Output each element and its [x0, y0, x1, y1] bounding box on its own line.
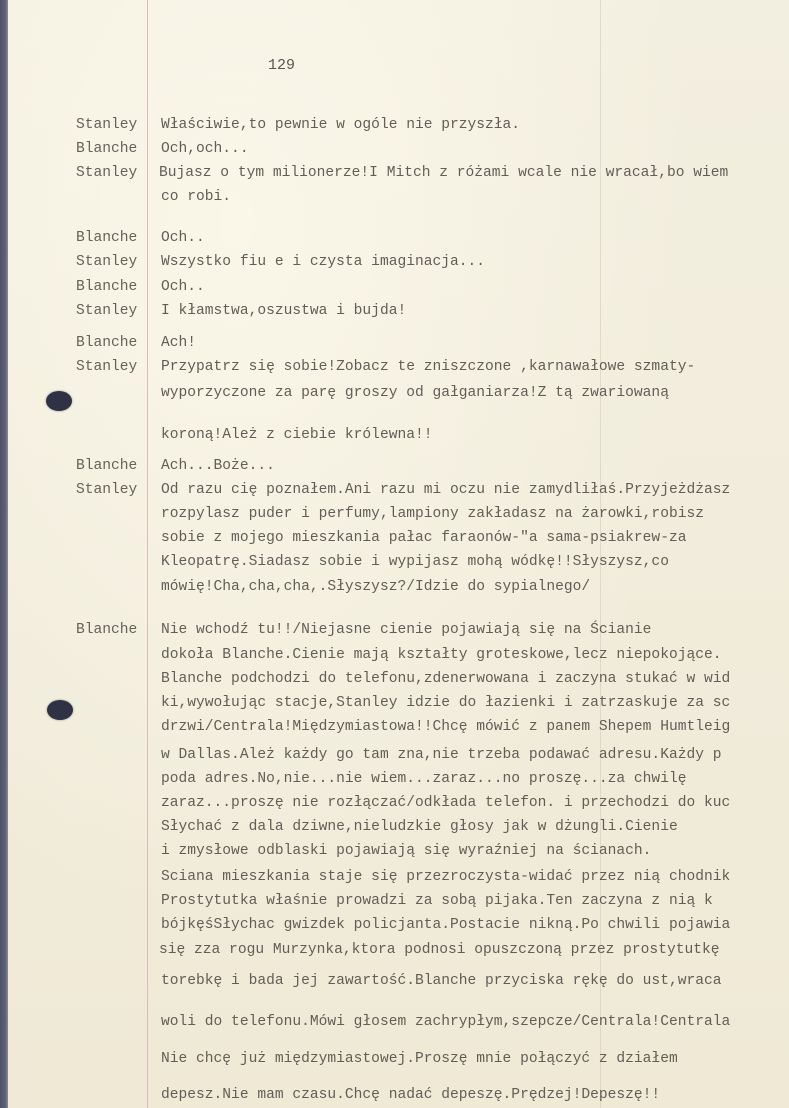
- line-text: Nie wchodź tu!!/Niejasne cienie pojawiaj…: [161, 619, 651, 641]
- dialogue-line: StanleyWszystko fiu e i czysta imaginacj…: [0, 251, 789, 273]
- line-text: Ach!: [161, 332, 196, 354]
- dialogue-line: BlancheAch...Boże...: [0, 455, 789, 477]
- dialogue-line: StanleyBujasz o tym milionerze!I Mitch z…: [0, 162, 789, 184]
- speaker-name: Blanche: [76, 332, 137, 354]
- dialogue-line: bójkęśSłychac gwizdek policjanta.Postaci…: [0, 914, 789, 936]
- dialogue-line: Słychać z dala dziwne,nieludzkie głosy j…: [0, 816, 789, 838]
- line-text: woli do telefonu.Mówi głosem zachrypłym,…: [161, 1011, 730, 1033]
- page-number: 129: [268, 57, 295, 74]
- dialogue-line: torebkę i bada jej zawartość.Blanche prz…: [0, 970, 789, 992]
- line-text: Słychać z dala dziwne,nieludzkie głosy j…: [161, 816, 678, 838]
- line-text: rozpylasz puder i perfumy,lampiony zakła…: [161, 503, 704, 525]
- line-text: drzwi/Centrala!Międzymiastowa!!Chcę mówi…: [161, 716, 730, 738]
- speaker-name: Stanley: [76, 114, 137, 136]
- dialogue-line: woli do telefonu.Mówi głosem zachrypłym,…: [0, 1011, 789, 1033]
- line-text: bójkęśSłychac gwizdek policjanta.Postaci…: [161, 914, 730, 936]
- line-text: Och..: [161, 276, 205, 298]
- speaker-name: Blanche: [76, 227, 137, 249]
- speaker-name: Blanche: [76, 276, 137, 298]
- dialogue-line: StanleyWłaściwie,to pewnie w ogóle nie p…: [0, 114, 789, 136]
- dialogue-line: BlancheOch,och...: [0, 138, 789, 160]
- dialogue-line: i zmysłowe odblaski pojawiają się wyraźn…: [0, 840, 789, 862]
- dialogue-line: dokoła Blanche.Cienie mają kształty grot…: [0, 644, 789, 666]
- line-text: Kleopatrę.Siadasz sobie i wypijasz mohą …: [161, 551, 669, 573]
- dialogue-line: poda adres.No,nie...nie wiem...zaraz...n…: [0, 768, 789, 790]
- dialogue-line: zaraz...proszę nie rozłączać/odkłada tel…: [0, 792, 789, 814]
- speaker-name: Stanley: [76, 162, 137, 184]
- dialogue-line: mówię!Cha,cha,cha,.Słyszysz?/Idzie do sy…: [0, 576, 789, 598]
- speaker-name: Blanche: [76, 619, 137, 641]
- line-text: Bujasz o tym milionerze!I Mitch z różami…: [159, 162, 728, 184]
- dialogue-line: ki,wywołując stacje,Stanley idzie do łaz…: [0, 692, 789, 714]
- dialogue-line: BlancheNie wchodź tu!!/Niejasne cienie p…: [0, 619, 789, 641]
- line-text: co robi.: [161, 186, 231, 208]
- speaker-name: Blanche: [76, 138, 137, 160]
- line-text: Ach...Boże...: [161, 455, 275, 477]
- dialogue-line: depesz.Nie mam czasu.Chcę nadać depeszę.…: [0, 1084, 789, 1106]
- speaker-name: Stanley: [76, 300, 137, 322]
- dialogue-line: Blanche podchodzi do telefonu,zdenerwowa…: [0, 668, 789, 690]
- line-text: mówię!Cha,cha,cha,.Słyszysz?/Idzie do sy…: [161, 576, 590, 598]
- line-text: Blanche podchodzi do telefonu,zdenerwowa…: [161, 668, 730, 690]
- line-text: Och..: [161, 227, 205, 249]
- speaker-name: Blanche: [76, 455, 137, 477]
- line-text: ki,wywołując stacje,Stanley idzie do łaz…: [161, 692, 730, 714]
- dialogue-line: Sciana mieszkania staje się przezroczyst…: [0, 866, 789, 888]
- line-text: Och,och...: [161, 138, 249, 160]
- dialogue-line: koroną!Ależ z ciebie królewna!!: [0, 424, 789, 446]
- line-text: poda adres.No,nie...nie wiem...zaraz...n…: [161, 768, 686, 790]
- line-text: Wszystko fiu e i czysta imaginacja...: [161, 251, 485, 273]
- line-text: dokoła Blanche.Cienie mają kształty grot…: [161, 644, 722, 666]
- line-text: depesz.Nie mam czasu.Chcę nadać depeszę.…: [161, 1084, 660, 1106]
- dialogue-line: Kleopatrę.Siadasz sobie i wypijasz mohą …: [0, 551, 789, 573]
- line-text: się zza rogu Murzynka,ktora podnosi opus…: [159, 939, 720, 961]
- line-text: Przypatrz się sobie!Zobacz te zniszczone…: [161, 356, 695, 378]
- speaker-name: Stanley: [76, 356, 137, 378]
- line-text: Właściwie,to pewnie w ogóle nie przyszła…: [161, 114, 520, 136]
- line-text: w Dallas.Ależ każdy go tam zna,nie trzeb…: [161, 744, 722, 766]
- dialogue-line: sobie z mojego mieszkania pałac faraonów…: [0, 527, 789, 549]
- dialogue-line: się zza rogu Murzynka,ktora podnosi opus…: [0, 939, 789, 961]
- dialogue-line: BlancheOch..: [0, 227, 789, 249]
- speaker-name: Stanley: [76, 251, 137, 273]
- dialogue-line: Prostytutka właśnie prowadzi za sobą pij…: [0, 890, 789, 912]
- line-text: Od razu cię poznałem.Ani razu mi oczu ni…: [161, 479, 730, 501]
- dialogue-line: StanleyI kłamstwa,oszustwa i bujda!: [0, 300, 789, 322]
- line-text: sobie z mojego mieszkania pałac faraonów…: [161, 527, 686, 549]
- dialogue-line: Nie chcę już międzymiastowej.Proszę mnie…: [0, 1048, 789, 1070]
- dialogue-line: drzwi/Centrala!Międzymiastowa!!Chcę mówi…: [0, 716, 789, 738]
- dialogue-line: co robi.: [0, 186, 789, 208]
- dialogue-line: StanleyPrzypatrz się sobie!Zobacz te zni…: [0, 356, 789, 378]
- speaker-name: Stanley: [76, 479, 137, 501]
- line-text: i zmysłowe odblaski pojawiają się wyraźn…: [161, 840, 651, 862]
- line-text: zaraz...proszę nie rozłączać/odkłada tel…: [161, 792, 730, 814]
- dialogue-line: BlancheOch..: [0, 276, 789, 298]
- dialogue-line: BlancheAch!: [0, 332, 789, 354]
- line-text: Nie chcę już międzymiastowej.Proszę mnie…: [161, 1048, 678, 1070]
- line-text: Sciana mieszkania staje się przezroczyst…: [161, 866, 730, 888]
- line-text: wyporzyczone za parę groszy od gałganiar…: [161, 382, 669, 404]
- line-text: I kłamstwa,oszustwa i bujda!: [161, 300, 406, 322]
- dialogue-line: wyporzyczone za parę groszy od gałganiar…: [0, 382, 789, 404]
- dialogue-line: rozpylasz puder i perfumy,lampiony zakła…: [0, 503, 789, 525]
- line-text: koroną!Ależ z ciebie królewna!!: [161, 424, 433, 446]
- dialogue-line: StanleyOd razu cię poznałem.Ani razu mi …: [0, 479, 789, 501]
- line-text: torebkę i bada jej zawartość.Blanche prz…: [161, 970, 722, 992]
- line-text: Prostytutka właśnie prowadzi za sobą pij…: [161, 890, 713, 912]
- dialogue-line: w Dallas.Ależ każdy go tam zna,nie trzeb…: [0, 744, 789, 766]
